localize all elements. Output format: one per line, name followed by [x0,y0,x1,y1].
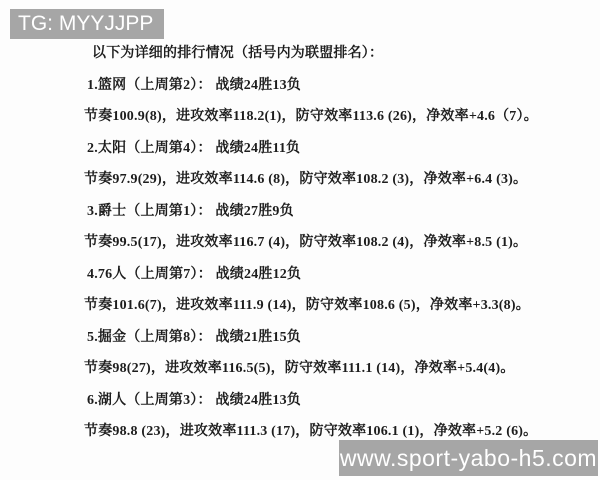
team-4-stats: 节奏101.6(7)，进攻效率111.9 (14)，防守效率108.6 (5)，… [84,297,584,329]
team-3-stats: 节奏99.5(17)，进攻效率116.7 (4)，防守效率108.2 (4)，净… [84,234,584,266]
intro-line: 以下为详细的排行情况（括号内为联盟排名）： [84,45,584,77]
team-5-stats: 节奏98(27)，进攻效率116.5(5)，防守效率111.1 (14)，净效率… [84,360,584,392]
team-2-stats: 节奏97.9(29)，进攻效率114.6 (8)，防守效率108.2 (3)，净… [84,171,584,203]
team-3-title: 3.爵士（上周第1）： 战绩27胜9负 [84,203,584,235]
team-4-title: 4.76人（上周第7）： 战绩24胜12负 [84,266,584,298]
article-page: TG: MYYJJPP 以下为详细的排行情况（括号内为联盟排名）： 1.篮网（上… [0,0,600,480]
telegram-handle-badge: TG: MYYJJPP [10,9,164,39]
team-2-title: 2.太阳（上周第4）： 战绩24胜11负 [84,140,584,172]
team-1-stats: 节奏100.9(8)，进攻效率118.2(1)，防守效率113.6 (26)，净… [84,108,584,140]
team-5-title: 5.掘金（上周第8）： 战绩21胜15负 [84,329,584,361]
team-6-title: 6.湖人（上周第3）： 战绩24胜13负 [84,392,584,424]
team-1-title: 1.篮网（上周第2）： 战绩24胜13负 [84,77,584,109]
article-content: 以下为详细的排行情况（括号内为联盟排名）： 1.篮网（上周第2）： 战绩24胜1… [84,45,584,455]
site-watermark: www.sport-yabo-h5.com [339,440,598,476]
